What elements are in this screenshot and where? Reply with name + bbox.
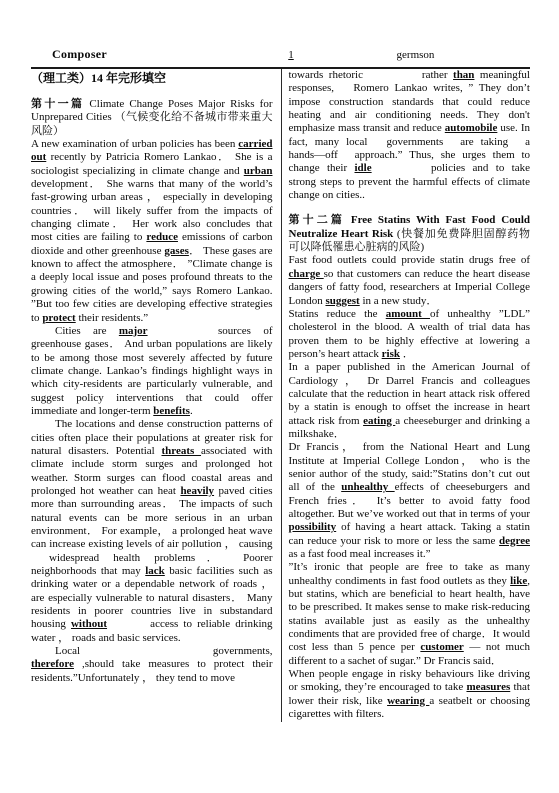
text-run: their residents.” [76, 312, 148, 324]
text-run: ”It’s ironic that people are free to tak… [289, 561, 531, 586]
paragraph: Cities are major sources of greenhouse g… [31, 325, 273, 418]
cloze-answer: measures [466, 681, 510, 693]
cloze-answer: amount [386, 308, 430, 320]
cloze-answer: heavily [180, 485, 214, 497]
cloze-answer: unhealthy [341, 481, 394, 493]
cloze-answer: charge [289, 268, 324, 280]
right-column: towards rhetoric rather than meaningful … [281, 69, 531, 722]
cloze-answer: without [71, 618, 107, 630]
text-run: Statins reduce the [289, 308, 386, 320]
paragraph: Statins reduce the amount of unhealthy ”… [289, 308, 531, 361]
cloze-answer: suggest [325, 295, 359, 307]
paragraph: towards rhetoric rather than meaningful … [289, 69, 531, 202]
text-run: . [190, 405, 193, 417]
paragraph: ”It’s ironic that people are free to tak… [289, 561, 531, 668]
left-column: （理工类）14 年完形填空第十一篇 Climate Change Poses M… [31, 69, 281, 722]
paragraph: Dr Francis， from the National Heart and … [289, 441, 531, 561]
text-run: in a new study． [360, 295, 438, 307]
text-run: governments, [205, 645, 272, 657]
cloze-answer: risk [382, 348, 400, 360]
cloze-answer: like [510, 575, 527, 587]
paragraph: A new examination of urban policies has … [31, 138, 273, 325]
cloze-answer: possibility [289, 521, 337, 533]
cloze-answer: lack [145, 565, 165, 577]
passage-heading: 第十一篇 Climate Change Poses Major Risks fo… [31, 98, 273, 138]
cloze-answer: eating [363, 415, 395, 427]
paragraph: When people engage in risky behaviours l… [289, 668, 531, 721]
passage-heading: 第十二篇 Free Statins With Fast Food Could N… [289, 214, 531, 254]
spacer [31, 86, 273, 98]
document-title: （理工类）14 年完形填空 [31, 69, 273, 86]
cloze-answer: reduce [146, 231, 178, 243]
document-page: Composer 1 germson （理工类）14 年完形填空第十一篇 Cli… [0, 0, 559, 793]
cloze-answer: protect [42, 312, 75, 324]
header-username: germson [301, 47, 530, 63]
cloze-answer: wearing [387, 695, 429, 707]
text-run: 第十一篇 [31, 98, 89, 110]
cloze-answer: customer [420, 641, 463, 653]
spacer [289, 202, 531, 214]
cloze-answer: gases [164, 245, 188, 257]
text-run: sources of greenhouse gases． And urban p… [31, 325, 273, 417]
cloze-answer: major [119, 325, 148, 337]
text-run: are taking [460, 136, 515, 148]
text-run: （理工类）14 年完形填空 [31, 71, 166, 85]
text-run: recently by Patricia Romero Lankao． She … [31, 151, 273, 176]
cloze-answer: threats [161, 445, 201, 457]
text-run: ． [400, 348, 414, 360]
cloze-answer: benefits [153, 405, 190, 417]
cloze-answer: than [453, 69, 474, 81]
text-run: A new examination of urban policies has … [31, 138, 238, 150]
paragraph: The locations and dense construction pat… [31, 418, 273, 645]
cloze-answer: idle [355, 162, 372, 174]
text-run: towards rhetoric [289, 69, 369, 81]
text-run: rather [416, 69, 453, 81]
cloze-answer: degree [499, 535, 530, 547]
text-run: Fast food outlets could provide statin d… [289, 254, 531, 266]
paragraph: Local governments, therefore ,should tak… [31, 645, 273, 685]
document-body: （理工类）14 年完形填空第十一篇 Climate Change Poses M… [31, 69, 530, 722]
page-header: Composer 1 germson [31, 46, 530, 69]
text-run: governments [386, 136, 450, 148]
cloze-answer: automobile [445, 122, 498, 134]
cloze-answer: therefore [31, 658, 74, 670]
paragraph: Fast food outlets could provide statin d… [289, 254, 531, 307]
text-run: Local [55, 645, 87, 657]
cloze-answer: urban [244, 165, 273, 177]
header-app-title: Composer [31, 46, 281, 62]
page-number: 1 [281, 47, 301, 63]
paragraph: In a paper published in the American Jou… [289, 361, 531, 441]
text-run: as a fast food meal increases it.” [289, 548, 431, 560]
text-run: Cities are [55, 325, 119, 337]
